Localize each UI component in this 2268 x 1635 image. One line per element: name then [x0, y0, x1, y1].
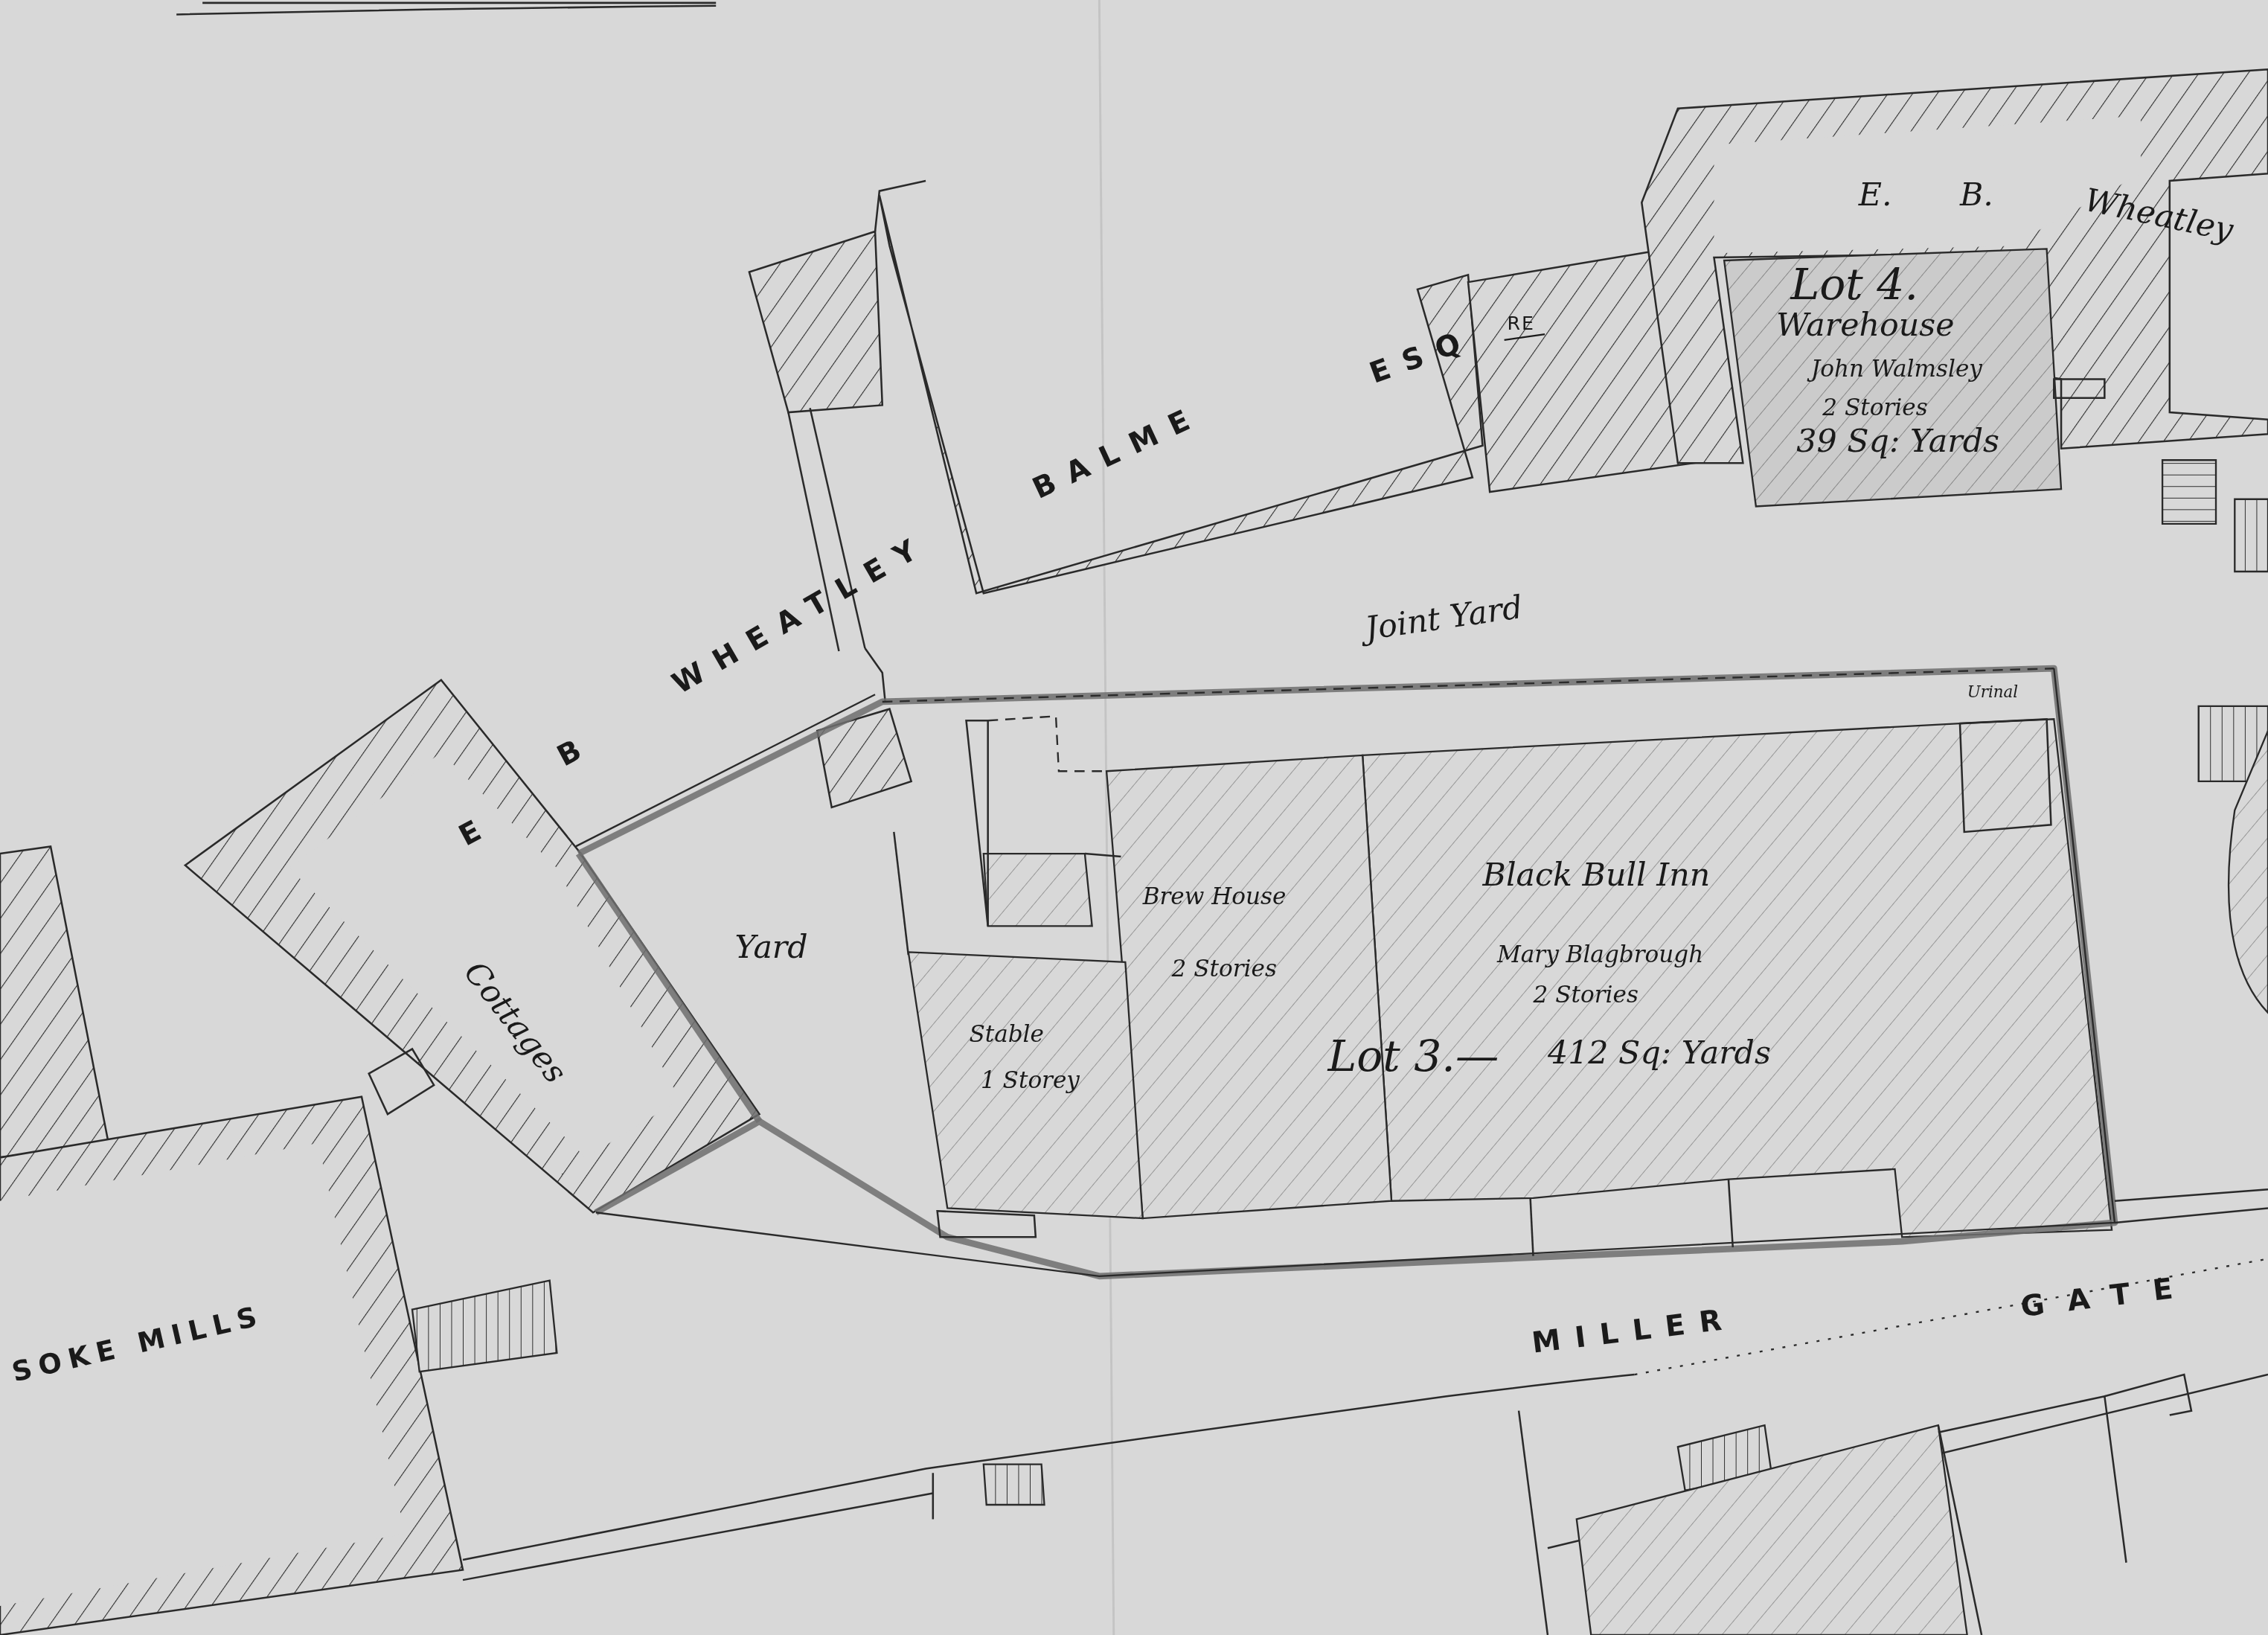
urinal-label: Urinal — [1967, 683, 2018, 702]
brewhouse-block — [1106, 755, 1391, 1218]
lot3-label: Lot 3.— — [1327, 1031, 1499, 1081]
lot3-name: Black Bull Inn — [1481, 857, 1710, 894]
yard-label: Yard — [734, 929, 807, 966]
right-steps-1 — [2162, 460, 2216, 524]
lot4-area: 39 Sq: Yards — [1796, 423, 1999, 460]
brewhouse-label: Brew House — [1142, 883, 1287, 910]
owner-eb-wheatley-right-e: E. — [1858, 176, 1892, 214]
lot4-name: Warehouse — [1776, 307, 1954, 344]
owner-balme-re: RE — [1508, 313, 1535, 334]
lot4-label: Lot 4. — [1790, 259, 1918, 310]
lot4-stories: 2 Stories — [1822, 394, 1927, 421]
small-room-block — [984, 854, 1092, 926]
brewhouse-stories: 2 Stories — [1171, 956, 1277, 982]
lot3-area: 412 Sq: Yards — [1547, 1034, 1771, 1072]
owner-eb-wheatley-right-b: B. — [1959, 176, 1993, 214]
stable-stories: 1 Storey — [981, 1067, 1080, 1094]
stable-label: Stable — [969, 1021, 1044, 1048]
miller-gate-steps-1 — [984, 1465, 1045, 1505]
black-bull-inn-block — [1362, 719, 2112, 1237]
lot3-tenant: Mary Blagbrough — [1496, 941, 1703, 968]
right-steps-2 — [2235, 499, 2268, 572]
lot3-stories: 2 Stories — [1533, 982, 1638, 1008]
lot4-tenant: John Walmsley — [1807, 356, 1983, 383]
estate-plan-map: E B WHEATLEY BALME ESQ RE E. B. Wheatley… — [0, 0, 2268, 1635]
